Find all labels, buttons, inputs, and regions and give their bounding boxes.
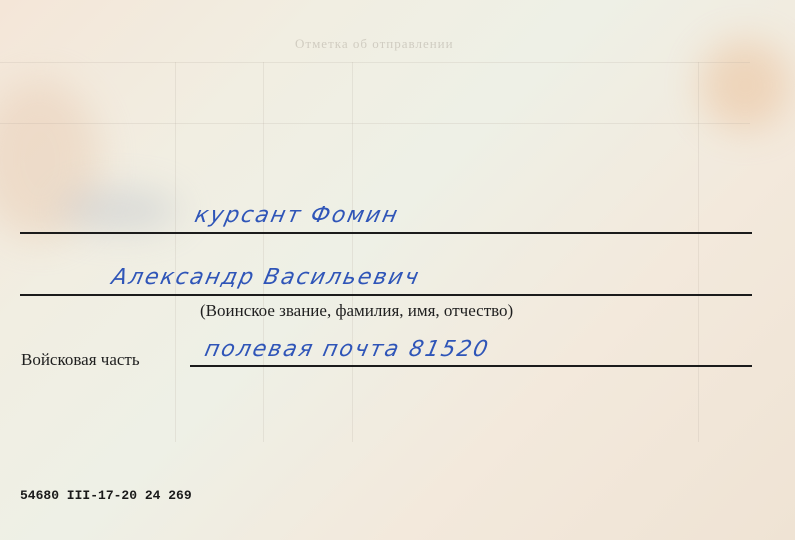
paper-stain [60,190,180,230]
faded-table-col [175,62,176,442]
rank-name-caption: (Воинское звание, фамилия, имя, отчество… [200,301,513,321]
faded-header: Отметка об отправлении [295,36,454,52]
unit-label: Войсковая часть [21,350,140,370]
unit-handwriting: полевая почта 81520 [202,337,492,362]
unit-line [190,365,752,367]
faded-table-col [263,62,264,442]
rank-surname-line [20,232,752,234]
print-code: 54680 III-17-20 24 269 [20,488,192,503]
name-patronymic-handwriting: Александр Васильевич [109,265,422,290]
name-patronymic-line [20,294,752,296]
rank-surname-handwriting: курсант Фомин [192,203,401,228]
faded-table-col [352,62,353,442]
faded-table-col [698,62,699,442]
faded-table [0,62,750,124]
